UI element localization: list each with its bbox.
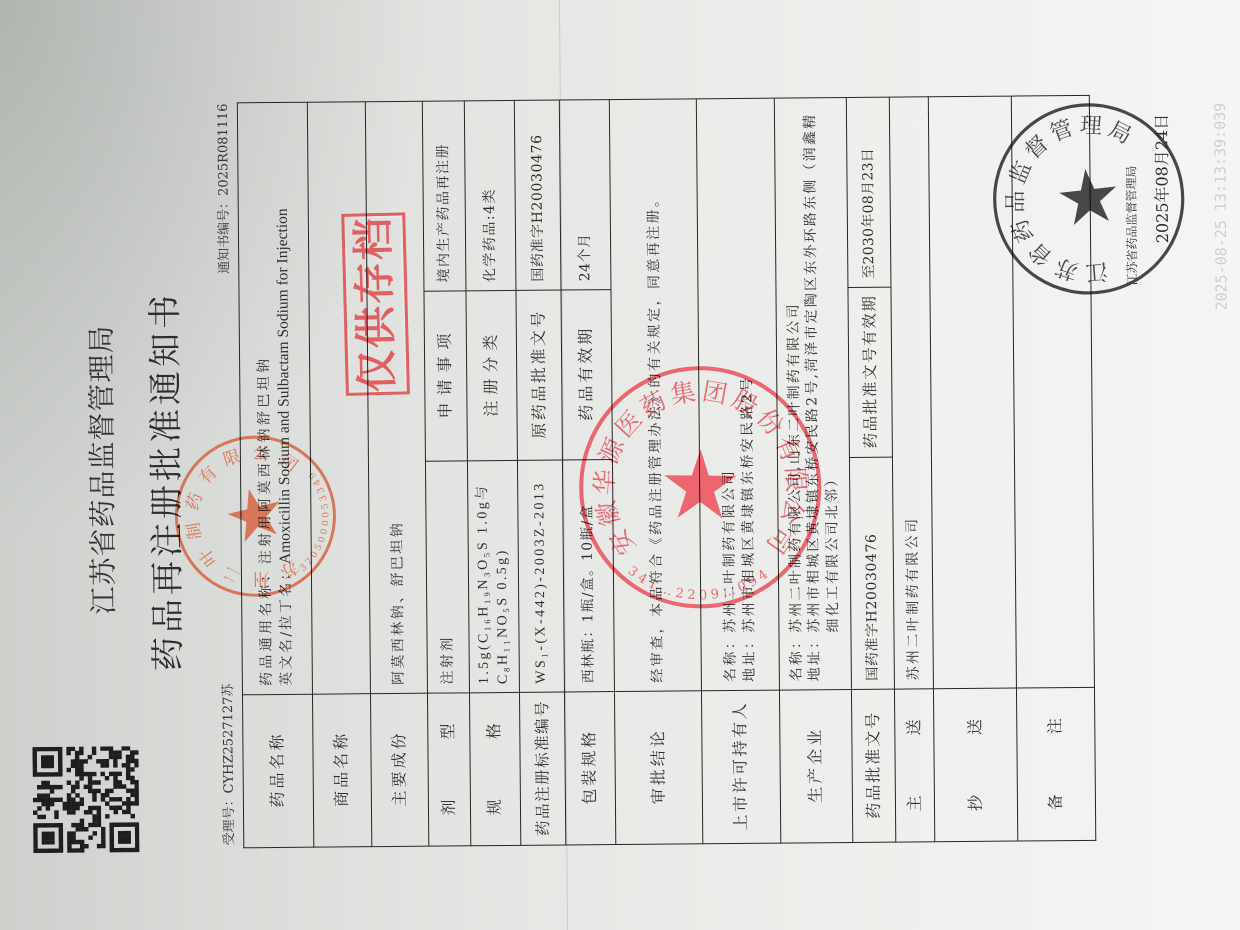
specification-line: C₈H₁₁NO₅S 0.5g) (493, 469, 513, 684)
label-text: 药品名称 (267, 731, 287, 807)
label-text: 原药品批准文号 (528, 309, 548, 439)
label-drug-name: 药品名称 (242, 694, 313, 848)
archive-only-stamp: 仅供存档 (341, 212, 410, 396)
value-approval-no: 国药准字H20030476 (849, 457, 894, 689)
official-seal-date: 2025年08月24日 (1152, 114, 1173, 244)
label-main-ingredients: 主要成份 (370, 693, 428, 846)
value-specification: 1.5g(C₁₆H₁₉N₃O₅S 1.0g与 C₈H₁₁NO₅S 0.5g) (467, 460, 519, 692)
star-icon (664, 449, 737, 518)
specification-line: 1.5g(C₁₆H₁₉N₃O₅S 1.0g与 (474, 469, 494, 684)
star-icon (1054, 165, 1119, 232)
label-text: 主要成份 (389, 730, 409, 806)
manufacturer-name-label: 名称： (789, 633, 805, 682)
acceptance-number: 受理号：CYHZ2527127苏 (221, 684, 238, 846)
label-text: 剂型 (438, 663, 458, 815)
label-text: 上市许可持有人 (730, 701, 750, 831)
label-trade-name: 商品名称 (312, 694, 371, 848)
label-cc: 抄送 (933, 688, 1017, 842)
seal-number: 341…2209…094 (624, 564, 774, 604)
table-row: 主送 苏州二叶制药有限公司 (889, 97, 934, 842)
label-packaging: 包装规格 (564, 692, 615, 845)
issuer-name: 江苏省药品监督管理局 (82, 4, 124, 930)
label-text: 包装规格 (579, 729, 599, 805)
document-page: 江苏省药品监督管理局 药品再注册批准通知书 受理号：CYHZ2527127苏 通… (0, 0, 1240, 930)
label-application-item: 申请事项 (424, 291, 467, 461)
distributor-company-seal: 安徽华源医药集团股份有限公司 341…2209…094 (574, 361, 826, 613)
label-approval-validity: 药品批准文号有效期 (848, 287, 892, 457)
capture-timestamp-watermark: 2025-08-25 13:13:39:039 (1211, 103, 1231, 365)
manufacturer-address-label: 地址： (806, 632, 843, 681)
acceptance-number-value: CYHZ2527127苏 (221, 684, 237, 794)
notice-number-label: 通知书编号： (217, 196, 233, 274)
star-icon (225, 487, 280, 544)
label-text: 规格 (484, 663, 504, 815)
value-main-recipient: 苏州二叶制药有限公司 (889, 97, 933, 689)
value-approval-validity: 至2030年08月23日 (846, 97, 891, 287)
table-row: 药品批准文号 国药准字H20030476 药品批准文号有效期 至2030年08月… (846, 97, 895, 842)
label-original-approval-no: 原药品批准文号 (516, 290, 562, 460)
label-text: 注册分类 (481, 329, 501, 417)
value-main-ingredients: 阿莫西林钠、舒巴坦钠 (365, 101, 427, 693)
label-approval-no: 药品批准文号 (851, 689, 895, 842)
value-dosage-form: 注射剂 (425, 461, 469, 693)
label-text: 药品注册标准编号 (533, 700, 552, 836)
label-specification: 规格 (469, 692, 520, 845)
holder-address-label: 地址： (741, 633, 757, 682)
label-text: 申请事项 (435, 326, 455, 418)
label-text: 主送 (903, 659, 923, 811)
label-standard-no: 药品注册标准编号 (519, 692, 565, 845)
label-registration-category: 注册分类 (466, 290, 517, 460)
label-main-recipient: 主送 (894, 689, 934, 842)
label-text: 药品批准文号有效期 (860, 294, 879, 448)
label-conclusion: 审批结论 (614, 691, 702, 845)
document-sheet: 江苏省药品监督管理局 药品再注册批准通知书 受理号：CYHZ2527127苏 通… (0, 0, 1240, 930)
holder-name-label: 名称： (723, 633, 739, 682)
label-remarks: 备注 (1016, 687, 1095, 841)
table-row: 剂型 注射剂 申请事项 境内生产药品再注册 (422, 101, 470, 846)
value-application-item: 境内生产药品再注册 (422, 101, 466, 291)
label-text: 抄送 (964, 659, 984, 811)
label-marketing-authorization-holder: 上市许可持有人 (701, 690, 780, 844)
holder-company-seal: 苏州二叶制药有限公司 3205000053349 (164, 425, 347, 608)
table-row: 药品注册标准编号 WS₁-(X-442)-2003Z-2013 原药品批准文号 … (514, 100, 565, 845)
label-manufacturer: 生产企业 (779, 689, 852, 843)
photo-scene: 江苏省药品监督管理局 药品再注册批准通知书 受理号：CYHZ2527127苏 通… (0, 0, 1240, 930)
value-shelf-life: 24个月 (559, 100, 611, 290)
value-drug-name: 药品通用名称：注射用阿莫西林钠舒巴坦钠 英文名/拉丁名：Amoxicillin … (237, 102, 312, 695)
label-text: 备注 (1045, 658, 1065, 810)
acceptance-number-label: 受理号： (222, 793, 237, 845)
label-text: 商品名称 (331, 731, 351, 807)
label-text: 审批结论 (648, 728, 668, 804)
notice-number-value: 2025R081116 (216, 103, 232, 196)
qr-code (32, 746, 139, 853)
value-original-approval-no: 国药准字H20030476 (514, 100, 561, 290)
label-text: 生产企业 (805, 727, 825, 803)
seal-number: 3205000053349 (298, 467, 335, 576)
label-dosage-form: 剂型 (427, 693, 470, 846)
notice-number: 通知书编号：2025R081116 (216, 103, 234, 373)
official-seal-inner-text: 江苏省药品监督管理局 (1123, 165, 1140, 285)
table-row: 规格 1.5g(C₁₆H₁₉N₃O₅S 1.0g与 C₈H₁₁NO₅S 0.5g… (464, 100, 520, 845)
value-standard-no: WS₁-(X-442)-2003Z-2013 (517, 460, 564, 692)
label-text: 药品批准文号 (863, 711, 883, 819)
value-registration-category: 化学药品:4类 (464, 100, 516, 290)
